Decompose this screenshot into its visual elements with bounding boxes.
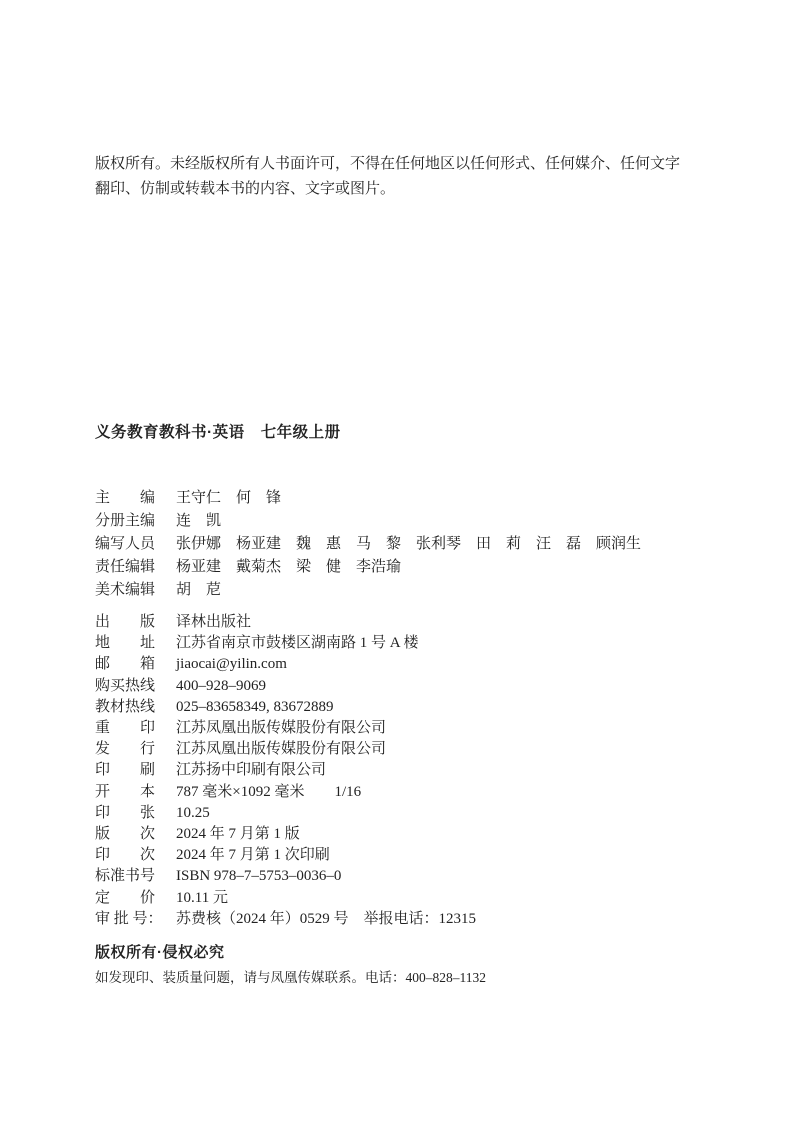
publication-field-value: 400–928–9069 bbox=[176, 676, 266, 697]
copyright-notice-line: 翻印、仿制或转载本书的内容、文字或图片。 bbox=[95, 177, 725, 202]
publication-field-label: 印 张 bbox=[95, 803, 176, 824]
publication-field-label: 发 行 bbox=[95, 739, 176, 760]
publication-row: 地 址 江苏省南京市鼓楼区湖南路 1 号 A 楼 bbox=[95, 633, 476, 654]
publication-row: 印 次 2024 年 7 月第 1 次印刷 bbox=[95, 845, 476, 866]
publication-field-label: 审 批 号： bbox=[95, 909, 176, 930]
publication-field-value: 江苏凤凰出版传媒股份有限公司 bbox=[176, 718, 386, 739]
publication-row: 邮 箱 jiaocai@yilin.com bbox=[95, 654, 476, 675]
publication-block: 出 版 译林出版社 地 址 江苏省南京市鼓楼区湖南路 1 号 A 楼 邮 箱 j… bbox=[95, 612, 476, 930]
editor-names: 张伊娜 杨亚建 魏 惠 马 黎 张利琴 田 莉 汪 磊 顾润生 bbox=[176, 533, 641, 556]
colophon-page: 版权所有。未经版权所有人书面许可，不得在任何地区以任何形式、任何媒介、任何文字翻… bbox=[0, 0, 792, 1122]
publication-field-label: 开 本 bbox=[95, 782, 176, 803]
publication-row: 发 行 江苏凤凰出版传媒股份有限公司 bbox=[95, 739, 476, 760]
publication-field-label: 重 印 bbox=[95, 718, 176, 739]
editor-role-label: 主 编 bbox=[95, 487, 176, 510]
publication-field-value: 10.11 元 bbox=[176, 888, 228, 909]
publication-field-label: 版 次 bbox=[95, 824, 176, 845]
editor-row: 责任编辑 杨亚建 戴菊杰 梁 健 李浩瑜 bbox=[95, 556, 641, 579]
publication-row: 购买热线 400–928–9069 bbox=[95, 676, 476, 697]
editor-row: 编写人员 张伊娜 杨亚建 魏 惠 马 黎 张利琴 田 莉 汪 磊 顾润生 bbox=[95, 533, 641, 556]
publication-field-value: 025–83658349, 83672889 bbox=[176, 697, 334, 718]
publication-field-value: 译林出版社 bbox=[176, 612, 251, 633]
editors-block: 主 编 王守仁 何 锋 分册主编 连 凯 编写人员 张伊娜 杨亚建 魏 惠 马 … bbox=[95, 487, 641, 602]
publication-field-value: 江苏凤凰出版传媒股份有限公司 bbox=[176, 739, 386, 760]
publication-field-value: 苏费核（2024 年）0529 号 举报电话：12315 bbox=[176, 909, 476, 930]
publication-field-value: 2024 年 7 月第 1 次印刷 bbox=[176, 845, 330, 866]
publication-row: 开 本 787 毫米×1092 毫米 1/16 bbox=[95, 782, 476, 803]
publication-field-label: 邮 箱 bbox=[95, 654, 176, 675]
publication-field-label: 印 次 bbox=[95, 845, 176, 866]
publication-row: 印 刷 江苏扬中印刷有限公司 bbox=[95, 760, 476, 781]
publication-row: 重 印 江苏凤凰出版传媒股份有限公司 bbox=[95, 718, 476, 739]
editor-role-label: 编写人员 bbox=[95, 533, 176, 556]
publication-row: 定 价 10.11 元 bbox=[95, 888, 476, 909]
publication-field-label: 出 版 bbox=[95, 612, 176, 633]
publication-row: 教材热线 025–83658349, 83672889 bbox=[95, 697, 476, 718]
editor-names: 胡 苨 bbox=[176, 579, 221, 602]
rights-statement: 版权所有·侵权必究 bbox=[95, 943, 225, 963]
publication-row: 版 次 2024 年 7 月第 1 版 bbox=[95, 824, 476, 845]
publication-row: 出 版 译林出版社 bbox=[95, 612, 476, 633]
quality-contact-line: 如发现印、装质量问题，请与凤凰传媒联系。电话：400–828–1132 bbox=[95, 968, 486, 987]
copyright-notice-line: 版权所有。未经版权所有人书面许可，不得在任何地区以任何形式、任何媒介、任何文字 bbox=[95, 152, 725, 177]
editor-row: 分册主编 连 凯 bbox=[95, 510, 641, 533]
publication-field-value: 2024 年 7 月第 1 版 bbox=[176, 824, 300, 845]
publication-field-label: 标准书号 bbox=[95, 866, 176, 887]
publication-field-label: 定 价 bbox=[95, 888, 176, 909]
publication-field-value: 787 毫米×1092 毫米 1/16 bbox=[176, 782, 361, 803]
editor-role-label: 责任编辑 bbox=[95, 556, 176, 579]
editor-role-label: 美术编辑 bbox=[95, 579, 176, 602]
editor-names: 杨亚建 戴菊杰 梁 健 李浩瑜 bbox=[176, 556, 401, 579]
publication-field-value: 江苏扬中印刷有限公司 bbox=[176, 760, 326, 781]
publication-field-value: 江苏省南京市鼓楼区湖南路 1 号 A 楼 bbox=[176, 633, 419, 654]
editor-names: 连 凯 bbox=[176, 510, 221, 533]
book-title: 义务教育教科书·英语 七年级上册 bbox=[95, 420, 341, 442]
publication-field-label: 购买热线 bbox=[95, 676, 176, 697]
publication-field-label: 地 址 bbox=[95, 633, 176, 654]
publication-field-label: 教材热线 bbox=[95, 697, 176, 718]
editor-row: 主 编 王守仁 何 锋 bbox=[95, 487, 641, 510]
editor-names: 王守仁 何 锋 bbox=[176, 487, 281, 510]
editor-row: 美术编辑 胡 苨 bbox=[95, 579, 641, 602]
editor-role-label: 分册主编 bbox=[95, 510, 176, 533]
copyright-notice: 版权所有。未经版权所有人书面许可，不得在任何地区以任何形式、任何媒介、任何文字翻… bbox=[95, 152, 725, 201]
publication-row: 审 批 号： 苏费核（2024 年）0529 号 举报电话：12315 bbox=[95, 909, 476, 930]
publication-field-value: ISBN 978–7–5753–0036–0 bbox=[176, 866, 341, 887]
publication-field-label: 印 刷 bbox=[95, 760, 176, 781]
publication-row: 印 张 10.25 bbox=[95, 803, 476, 824]
publication-field-value: jiaocai@yilin.com bbox=[176, 654, 287, 675]
publication-row: 标准书号 ISBN 978–7–5753–0036–0 bbox=[95, 866, 476, 887]
publication-field-value: 10.25 bbox=[176, 803, 210, 824]
